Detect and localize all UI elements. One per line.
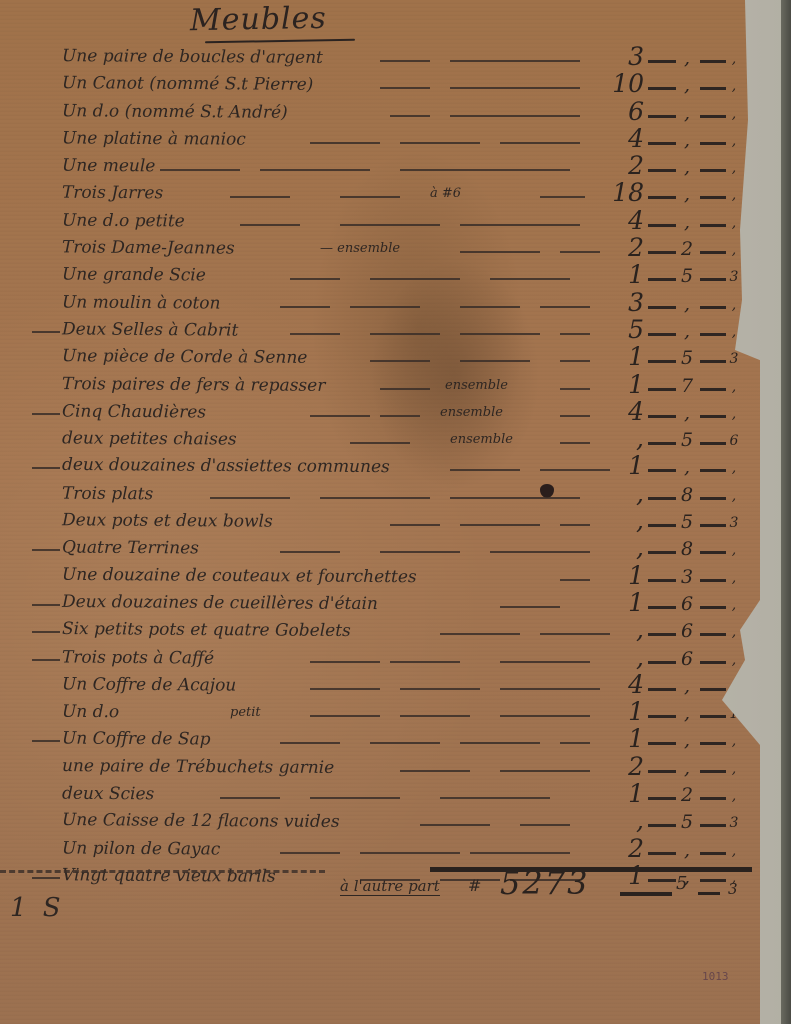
amount-separator [700,551,726,554]
leader-line [500,606,560,608]
leader-line [390,661,460,663]
amount-sous: , [676,74,698,96]
amount-separator [700,661,726,664]
leader-line [450,115,540,117]
leader-line [320,497,430,499]
amount-separator [648,115,676,118]
leader-line [440,633,520,635]
amount-sous: 3 [676,566,698,588]
amount-sous: 5 [676,265,698,287]
amount-separator [648,306,676,309]
amount-separator [700,524,726,527]
leader-line [230,196,290,198]
total-livres: 5273 [500,864,589,902]
leader-line [290,333,340,335]
amount-separator [648,169,676,172]
amount-deniers: 3 [726,269,742,285]
leader-line [310,797,400,799]
amount-separator [700,278,726,281]
item-description: Une platine à manioc [62,128,246,149]
item-description: Une pièce de Corde à Senne [62,346,308,368]
leader-line [400,169,570,171]
amount-separator [648,87,676,90]
leader-line [520,824,570,826]
item-description: Un pilon de Gayac [62,838,220,859]
amount-separator [648,333,676,336]
amount-separator [700,415,726,418]
leader-line [280,306,330,308]
leader-line [380,551,460,553]
amount-separator [648,60,676,63]
item-description: Deux douzaines de cueillères d'étain [62,592,378,614]
amount-livres: 4 [598,124,644,153]
total-separator [620,892,672,896]
leader-line [560,415,590,417]
amount-deniers: , [726,160,742,176]
amount-sous: , [676,102,698,124]
leader-line [450,469,520,471]
inventory-item: deux douzaines d'assiettes communes1,, [0,454,760,481]
inventory-item: Une platine à manioc4,, [0,127,760,154]
leader-line [370,278,460,280]
leader-line [540,196,585,198]
inventory-list: Une paire de boucles d'argent3,,Un Canot… [0,45,760,891]
amount-separator [700,715,726,718]
amount-livres: , [598,643,644,672]
item-description: Trois plats [62,483,153,504]
amount-livres: , [598,479,644,508]
amount-livres: , [598,424,644,453]
amount-livres: 6 [598,97,644,126]
leader-line [280,551,340,553]
item-description: Une paire de boucles d'argent [62,46,323,68]
inventory-item: Un pilon de Gayac2,, [0,837,760,864]
leader-line [560,579,590,581]
amount-separator [648,633,676,636]
leader-line [470,852,570,854]
frame-edge [781,0,791,1024]
amount-livres: , [598,533,644,562]
leader-line [400,142,480,144]
amount-separator [700,360,726,363]
inventory-item: Deux Selles à Cabrit5,, [0,318,760,345]
amount-deniers: , [726,488,742,504]
amount-sous: 5 [676,811,698,833]
amount-sous: , [676,320,698,342]
leader-line [450,87,540,89]
inventory-item: Une pièce de Corde à Senne153 [0,345,760,372]
inventory-item: Deux pots et deux bowls,53 [0,509,760,536]
item-description: Trois Dame-Jeannes [62,237,235,258]
carry-forward-label: à l'autre part [340,877,440,896]
leader-line [540,60,580,62]
item-description: Cinq Chaudières [62,401,206,422]
leader-line [350,442,410,444]
amount-livres: 1 [598,861,644,890]
inventory-item: Une douzaine de couteaux et fourchettes1… [0,564,760,591]
total-separator [698,892,720,895]
leader-line [340,224,440,226]
amount-separator [648,469,676,472]
amount-sous: , [676,729,698,751]
leader-line [560,333,590,335]
leader-line [460,306,520,308]
leader-line [560,360,590,362]
amount-deniers: 3 [726,351,742,367]
amount-deniers: , [726,78,742,94]
amount-livres: 18 [598,178,644,207]
leader-line [560,442,590,444]
amount-livres: 2 [598,233,644,262]
item-description: Quatre Terrines [62,538,199,559]
amount-deniers: , [726,843,742,859]
total-rule-left [0,870,325,873]
amount-separator [700,824,726,827]
amount-sous: 5 [676,429,698,451]
amount-separator [648,579,676,582]
amount-deniers: , [726,187,742,203]
item-description: Un Coffre de Acajou [62,674,236,695]
inventory-item: Trois pots à Caffé,6, [0,646,760,673]
amount-separator [700,688,726,691]
leader-line [220,797,280,799]
amount-deniers: , [726,460,742,476]
amount-separator [700,633,726,636]
leader-line [500,770,590,772]
amount-deniers: 3 [726,815,742,831]
leader-line [460,524,540,526]
leader-line [490,551,590,553]
leader-line [370,333,440,335]
amount-sous: 8 [676,484,698,506]
amount-livres: 1 [598,370,644,399]
inventory-item: Trois Dame-Jeannes— ensemble22, [0,236,760,263]
amount-deniers: , [726,652,742,668]
amount-separator [700,115,726,118]
amount-separator [700,852,726,855]
inventory-item: Une d.o petite4,, [0,209,760,236]
amount-sous: , [676,183,698,205]
inventory-item: Trois Jarresà #618,, [0,181,760,208]
leader-line [340,196,400,198]
margin-dash [32,631,60,633]
amount-deniers: , [726,624,742,640]
inventory-item: Un Coffre de Sap1,, [0,727,760,754]
item-description: Une douzaine de couteaux et fourchettes [62,564,417,586]
amount-livres: 4 [598,670,644,699]
amount-livres: 1 [598,451,644,480]
item-note: petit [230,705,261,720]
leader-line [500,661,590,663]
amount-separator [648,770,676,773]
leader-line [450,60,540,62]
leader-line [160,169,240,171]
amount-livres: 1 [598,342,644,371]
amount-livres: 2 [598,834,644,863]
amount-separator [700,306,726,309]
item-description: Un d.o [62,702,119,722]
amount-deniers: , [726,215,742,231]
leader-line [380,87,430,89]
amount-livres: 2 [598,151,644,180]
amount-separator [648,224,676,227]
item-description: Une d.o petite [62,210,185,231]
amount-livres: 1 [598,260,644,289]
item-note: à #6 [430,186,461,201]
total-deniers: 3 [728,880,738,898]
amount-livres: 5 [598,315,644,344]
margin-dash [32,549,60,551]
leader-line [400,688,480,690]
amount-deniers: , [726,570,742,586]
amount-deniers: , [726,542,742,558]
total-rule [430,867,752,872]
amount-livres: 3 [598,42,644,71]
inventory-item: Un d.o (nommé S.t André)6,, [0,100,760,127]
inventory-item: Un Canot (nommé S.t Pierre)10,, [0,72,760,99]
amount-separator [648,688,676,691]
item-description: Une meule [62,156,156,177]
amount-separator [700,251,726,254]
item-description: Un d.o (nommé S.t André) [62,101,288,123]
amount-sous: 6 [676,593,698,615]
amount-separator [700,333,726,336]
item-description: une paire de Trébuchets garnie [62,756,334,778]
amount-sous: , [676,839,698,861]
inventory-item: Un Coffre de Acajou4,, [0,673,760,700]
leader-line [440,797,550,799]
leader-line [400,770,470,772]
item-description: deux douzaines d'assiettes communes [62,455,390,477]
leader-line [260,169,370,171]
amount-separator [648,251,676,254]
item-note: — ensemble [320,241,400,256]
amount-livres: , [598,806,644,835]
item-description: deux petites chaises [62,429,237,450]
amount-deniers: , [726,788,742,804]
amount-livres: , [598,615,644,644]
amount-sous: 6 [676,648,698,670]
amount-sous: , [676,293,698,315]
amount-separator [700,196,726,199]
leader-line [540,87,580,89]
leader-line [540,115,580,117]
archive-stamp: 1013 [702,970,729,983]
leader-line [560,251,600,253]
leader-line [460,742,540,744]
amount-separator [700,579,726,582]
amount-separator [648,278,676,281]
amount-separator [648,360,676,363]
item-description: Un moulin à coton [62,292,221,313]
amount-separator [700,606,726,609]
amount-sous: , [676,47,698,69]
amount-deniers: 3 [726,515,742,531]
amount-separator [700,469,726,472]
item-note: ensemble [440,405,503,420]
leader-line [390,115,430,117]
inventory-item: Une Caisse de 12 flacons vuides,53 [0,809,760,836]
margin-dash [32,413,60,415]
amount-separator [648,715,676,718]
amount-sous: 8 [676,538,698,560]
amount-deniers: , [726,379,742,395]
leader-line [310,142,380,144]
amount-separator [700,60,726,63]
amount-sous: , [676,156,698,178]
amount-sous: 6 [676,620,698,642]
leader-line [310,715,380,717]
amount-sous: 2 [676,238,698,260]
item-description: Trois Jarres [62,183,163,204]
amount-separator [648,742,676,745]
amount-deniers: , [726,106,742,122]
leader-line [450,497,580,499]
amount-deniers: , [726,406,742,422]
amount-deniers: 6 [726,433,742,449]
leader-line [380,388,430,390]
margin-dash [32,740,60,742]
inventory-item: Deux douzaines de cueillères d'étain16, [0,591,760,618]
inventory-item: Un d.opetit1,1 [0,700,760,727]
inventory-item: Une grande Scie153 [0,263,760,290]
inventory-item: Une meule2,, [0,154,760,181]
amount-separator [648,606,676,609]
amount-livres: 1 [598,697,644,726]
item-description: Trois paires de fers à repasser [62,374,326,396]
amount-livres: 1 [598,724,644,753]
leader-line [540,306,590,308]
inventory-item: deux Scies12, [0,782,760,809]
amount-separator [648,415,676,418]
amount-separator [648,388,676,391]
leader-line [500,142,580,144]
item-note: ensemble [450,432,513,447]
leader-line [490,278,570,280]
amount-separator [700,388,726,391]
amount-separator [700,797,726,800]
item-description: Une grande Scie [62,265,206,286]
leader-line [560,388,590,390]
amount-livres: 10 [598,69,644,98]
leader-line [280,852,340,854]
inventory-item: une paire de Trébuchets garnie2,, [0,755,760,782]
leader-line [460,251,540,253]
leader-line [390,524,440,526]
page-title: Meubles [190,1,327,38]
amount-livres: , [598,506,644,535]
amount-separator [648,142,676,145]
leader-line [310,415,370,417]
leader-line [400,715,470,717]
leader-line [460,224,580,226]
margin-dash [32,877,60,879]
amount-sous: 7 [676,375,698,397]
amount-separator [700,497,726,500]
amount-deniers: , [726,242,742,258]
amount-deniers: , [726,733,742,749]
amount-livres: 3 [598,288,644,317]
amount-separator [700,224,726,227]
manuscript-page: Meubles Une paire de boucles d'argent3,,… [0,0,760,1024]
amount-separator [700,142,726,145]
amount-separator [700,169,726,172]
leader-line [460,333,540,335]
amount-deniers: , [726,761,742,777]
amount-sous: , [676,675,698,697]
margin-dash [32,659,60,661]
amount-separator [648,824,676,827]
amount-livres: 1 [598,588,644,617]
margin-dash [32,331,60,333]
item-description: Deux pots et deux bowls [62,510,273,531]
item-description: Vingt quatre vieux barils [62,865,276,886]
amount-deniers: , [726,597,742,613]
leader-line [370,360,430,362]
amount-separator [648,879,676,882]
margin-fragment: 1 S [10,893,65,923]
amount-separator [648,852,676,855]
item-description: Trois pots à Caffé [62,647,214,668]
leader-line [380,415,420,417]
leader-line [310,661,380,663]
amount-livres: 2 [598,752,644,781]
amount-sous: , [676,456,698,478]
leader-line [210,497,290,499]
amount-separator [648,661,676,664]
amount-deniers: , [726,133,742,149]
leader-line [240,224,300,226]
margin-dash [32,467,60,469]
amount-separator [700,87,726,90]
amount-sous: 2 [676,784,698,806]
amount-separator [648,524,676,527]
amount-separator [648,497,676,500]
amount-livres: 4 [598,206,644,235]
inventory-item: Trois paires de fers à repasserensemble1… [0,373,760,400]
leader-line [380,60,430,62]
margin-dash [32,604,60,606]
total-currency-sign: # [468,876,481,895]
leader-line [500,688,600,690]
amount-deniers: , [726,51,742,67]
amount-sous: , [676,129,698,151]
amount-sous: , [676,402,698,424]
leader-line [560,742,590,744]
item-description: deux Scies [62,784,154,805]
amount-sous: , [676,757,698,779]
item-description: Deux Selles à Cabrit [62,319,238,340]
leader-line [460,360,530,362]
leader-line [350,306,420,308]
amount-sous: 5 [676,347,698,369]
leader-line [310,688,380,690]
amount-deniers: , [726,297,742,313]
leader-line [360,852,460,854]
leader-line [290,278,340,280]
amount-livres: 4 [598,397,644,426]
leader-line [500,715,590,717]
amount-separator [700,879,726,882]
inventory-item: deux petites chaisesensemble,56 [0,427,760,454]
item-description: Six petits pots et quatre Gobelets [62,619,351,641]
amount-sous: 5 [676,511,698,533]
amount-separator [648,797,676,800]
total-sous: 5 [676,873,687,894]
inventory-item: Trois plats,8, [0,482,760,509]
leader-line [370,742,440,744]
amount-separator [700,742,726,745]
